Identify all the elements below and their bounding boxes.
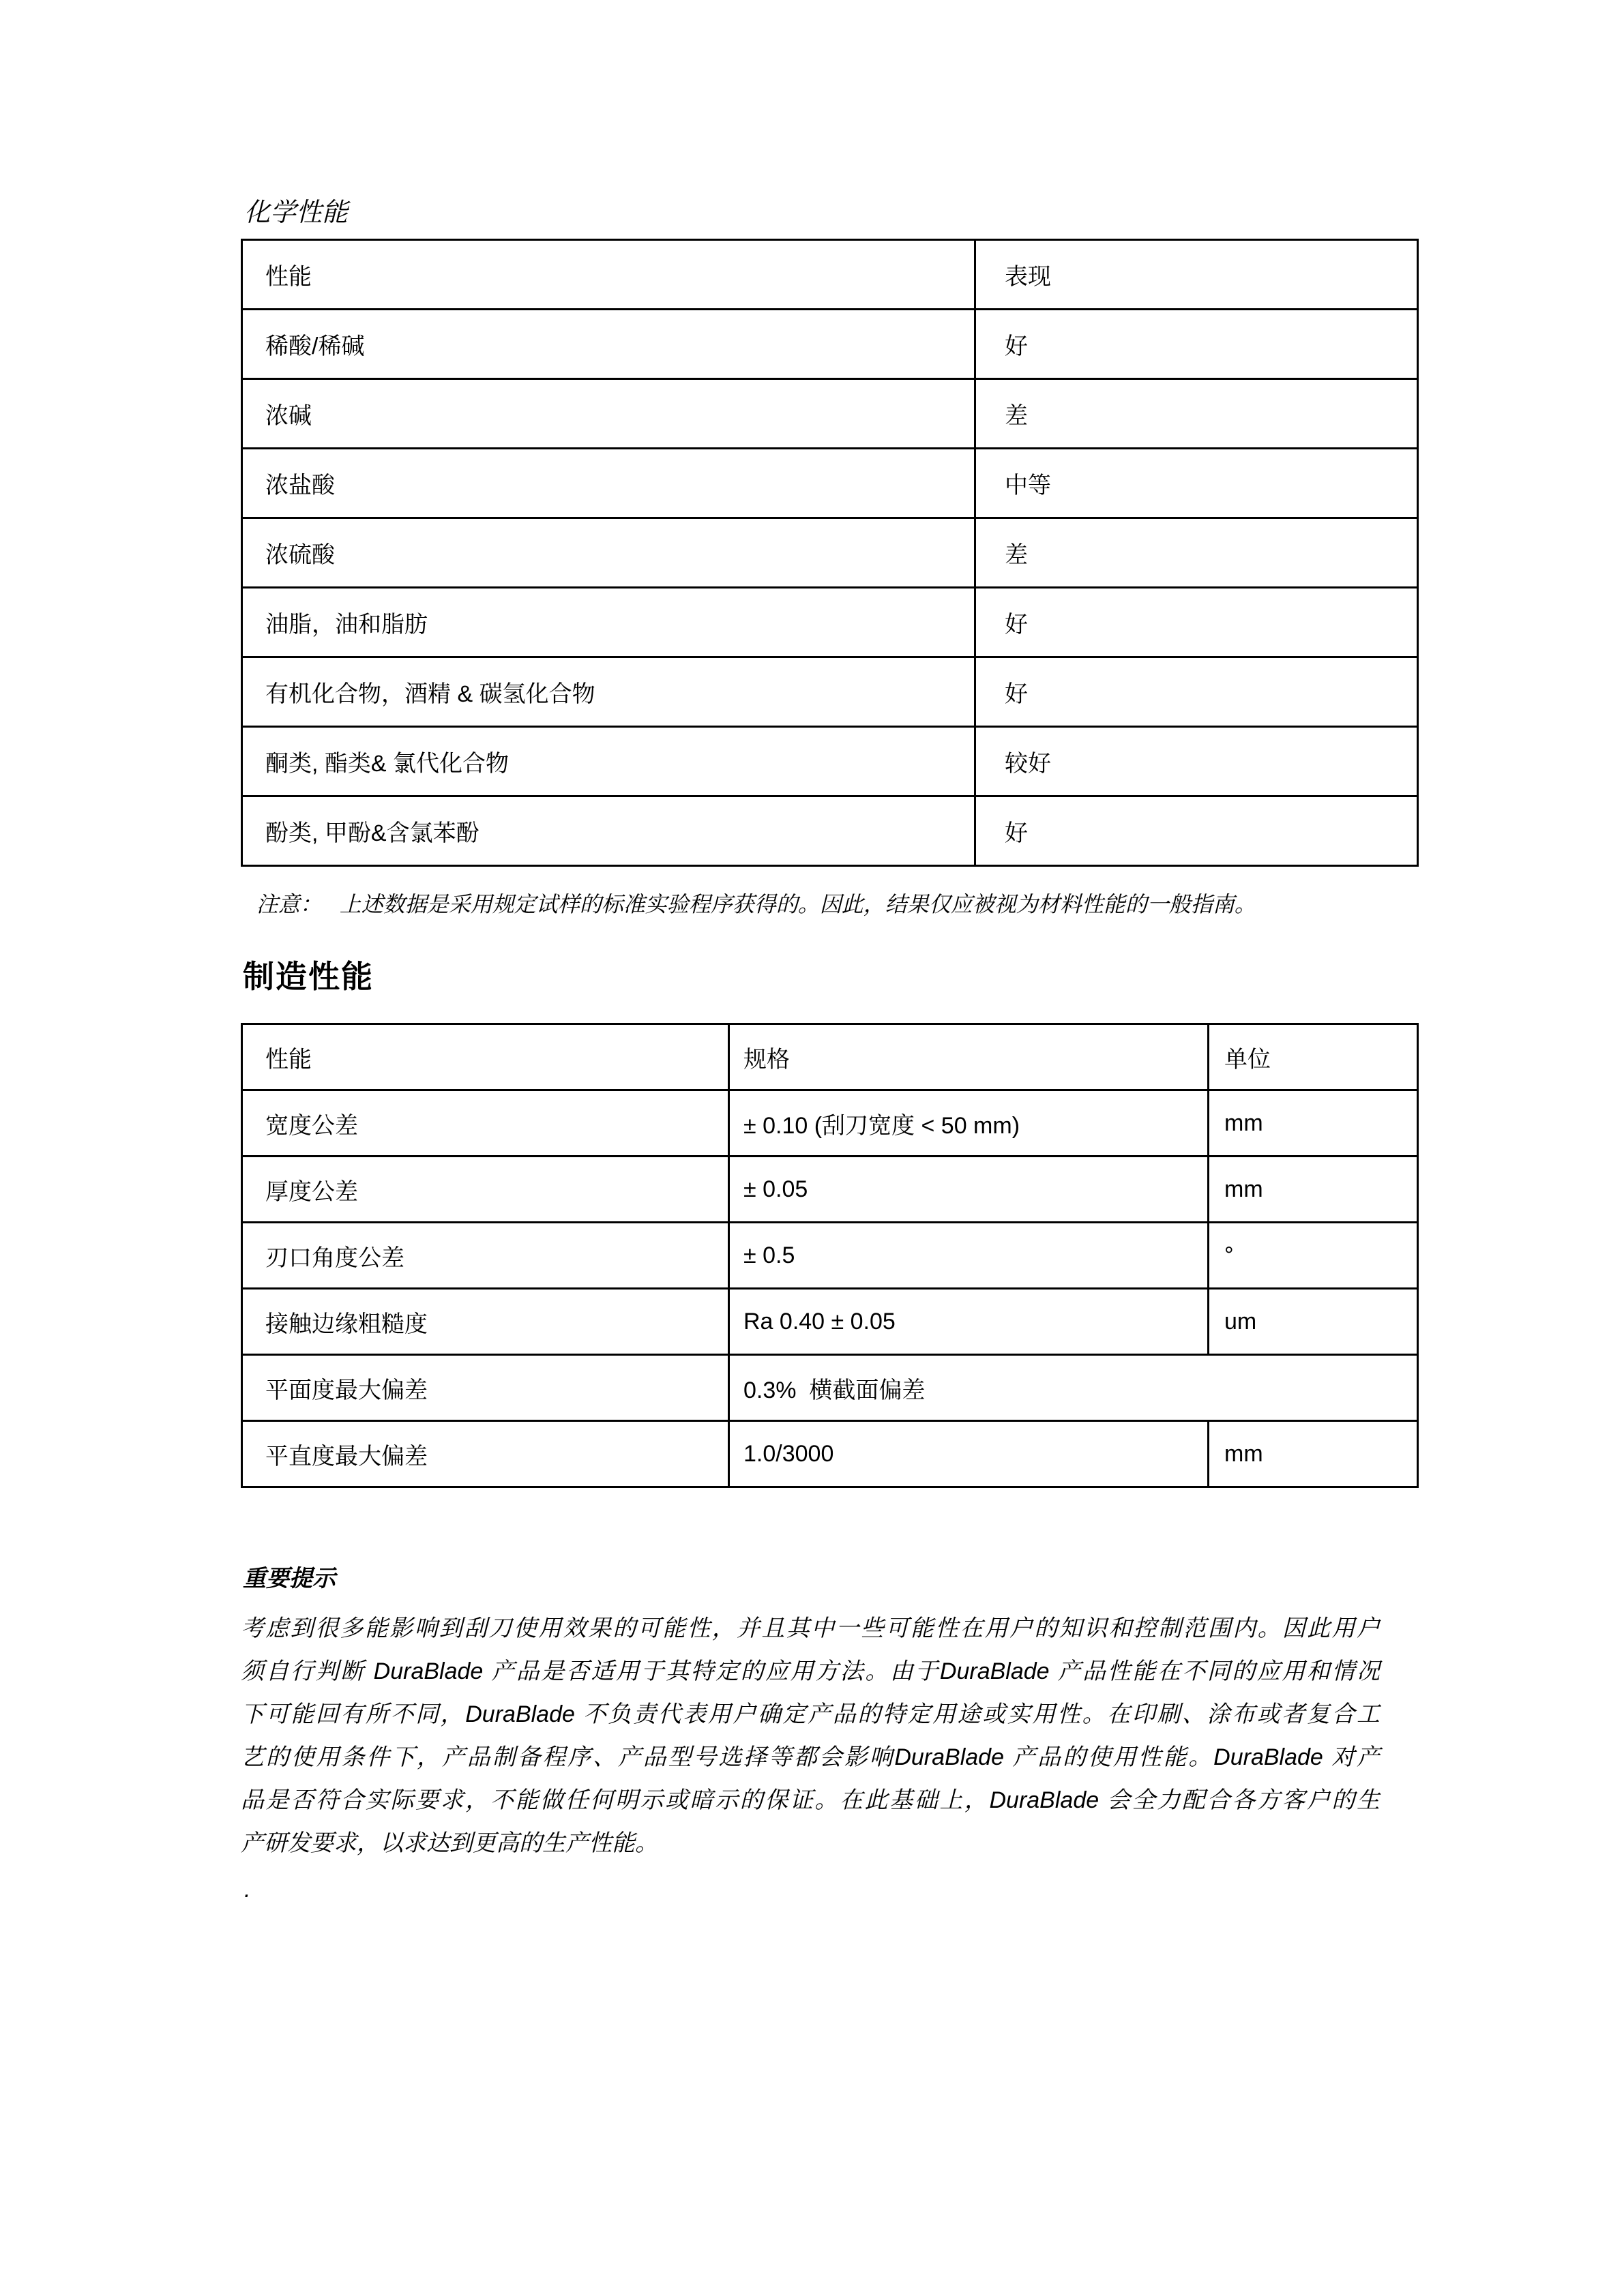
property-cell: 油脂，油和脂肪 [242, 588, 975, 657]
table-row: 酚类, 甲酚&含氯苯酚 好 [242, 796, 1418, 866]
property-cell: 宽度公差 [242, 1090, 729, 1157]
spec-cell: ± 0.10 (刮刀宽度 < 50 mm) [729, 1090, 1209, 1157]
table-row: 油脂，油和脂肪 好 [242, 588, 1418, 657]
property-cell: 稀酸/稀碱 [242, 310, 975, 379]
spec-cell: Ra 0.40 ± 0.05 [729, 1289, 1209, 1355]
chemical-properties-table: 性能 表现 稀酸/稀碱 好 浓碱 差 浓盐酸 中等 浓硫酸 差 油脂，油和脂肪 … [241, 239, 1419, 867]
important-notice-paragraph: 考虑到很多能影响到刮刀使用效果的可能性，并且其中一些可能性在用户的知识和控制范围… [241, 1607, 1380, 1865]
manufacturing-properties-heading: 制造性能 [243, 953, 374, 1000]
chemical-properties-heading: 化学性能 [244, 195, 348, 230]
property-cell: 酮类, 酯类& 氯代化合物 [242, 727, 975, 796]
notice-line: 下可能回有所不同，DuraBlade 不负责代表用户确定产品的特定用途或实用性。… [241, 1693, 1380, 1736]
column-header-property: 性能 [242, 1024, 729, 1090]
table-row: 平面度最大偏差 0.3% 横截面偏差 [242, 1355, 1418, 1421]
performance-cell: 较好 [975, 727, 1418, 796]
unit-cell: mm [1209, 1090, 1418, 1157]
performance-cell: 好 [975, 310, 1418, 379]
table-note-label: 注意： [256, 892, 322, 916]
property-cell: 刃口角度公差 [242, 1223, 729, 1289]
column-header-unit: 单位 [1209, 1024, 1418, 1090]
performance-cell: 好 [975, 796, 1418, 866]
column-header-performance: 表现 [975, 240, 1418, 310]
property-cell: 有机化合物，酒精 & 碳氢化合物 [242, 657, 975, 727]
unit-cell: um [1209, 1289, 1418, 1355]
property-cell: 酚类, 甲酚&含氯苯酚 [242, 796, 975, 866]
table-row: 平直度最大偏差 1.0/3000 mm [242, 1421, 1418, 1487]
column-header-spec: 规格 [729, 1024, 1209, 1090]
performance-cell: 中等 [975, 449, 1418, 518]
column-header-property: 性能 [242, 240, 975, 310]
unit-cell: mm [1209, 1157, 1418, 1223]
table-note-text: 上述数据是采用规定试样的标准实验程序获得的。因此，结果仅应被视为材料性能的一般指… [340, 892, 1256, 916]
property-cell: 平面度最大偏差 [242, 1355, 729, 1421]
trailing-period: . [244, 1868, 250, 1911]
table-row: 稀酸/稀碱 好 [242, 310, 1418, 379]
performance-cell: 好 [975, 588, 1418, 657]
unit-cell: mm [1209, 1421, 1418, 1487]
table-row: 接触边缘粗糙度 Ra 0.40 ± 0.05 um [242, 1289, 1418, 1355]
table-row: 浓盐酸 中等 [242, 449, 1418, 518]
table-row: 酮类, 酯类& 氯代化合物 较好 [242, 727, 1418, 796]
notice-line: 品是否符合实际要求，不能做任何明示或暗示的保证。在此基础上，DuraBlade … [241, 1779, 1380, 1822]
table-row: 刃口角度公差 ± 0.5 ° [242, 1223, 1418, 1289]
table-row: 厚度公差 ± 0.05 mm [242, 1157, 1418, 1223]
table-row: 有机化合物，酒精 & 碳氢化合物 好 [242, 657, 1418, 727]
notice-line: 须自行判断 DuraBlade 产品是否适用于其特定的应用方法。由于DuraBl… [241, 1650, 1380, 1693]
property-cell: 厚度公差 [242, 1157, 729, 1223]
property-cell: 浓硫酸 [242, 518, 975, 588]
table-header-row: 性能 表现 [242, 240, 1418, 310]
property-cell: 浓盐酸 [242, 449, 975, 518]
document-page: { "colors": { "background": "#ffffff", "… [0, 0, 1624, 2296]
table-row: 浓硫酸 差 [242, 518, 1418, 588]
performance-cell: 差 [975, 379, 1418, 449]
property-cell: 接触边缘粗糙度 [242, 1289, 729, 1355]
spec-cell: ± 0.05 [729, 1157, 1209, 1223]
manufacturing-properties-table: 性能 规格 单位 宽度公差 ± 0.10 (刮刀宽度 < 50 mm) mm 厚… [241, 1023, 1419, 1488]
table-row: 宽度公差 ± 0.10 (刮刀宽度 < 50 mm) mm [242, 1090, 1418, 1157]
spec-cell: 1.0/3000 [729, 1421, 1209, 1487]
notice-line: 考虑到很多能影响到刮刀使用效果的可能性，并且其中一些可能性在用户的知识和控制范围… [241, 1607, 1380, 1650]
spec-cell: ± 0.5 [729, 1223, 1209, 1289]
important-notice-heading: 重要提示 [243, 1562, 336, 1596]
spec-cell-merged: 0.3% 横截面偏差 [729, 1355, 1418, 1421]
notice-line: 艺的使用条件下，产品制备程序、产品型号选择等都会影响DuraBlade 产品的使… [241, 1736, 1380, 1779]
unit-cell: ° [1209, 1223, 1418, 1289]
notice-line: 产研发要求，以求达到更高的生产性能。 [241, 1822, 1380, 1865]
property-cell: 平直度最大偏差 [242, 1421, 729, 1487]
performance-cell: 好 [975, 657, 1418, 727]
performance-cell: 差 [975, 518, 1418, 588]
table-note: 注意：上述数据是采用规定试样的标准实验程序获得的。因此，结果仅应被视为材料性能的… [244, 859, 1256, 919]
table-header-row: 性能 规格 单位 [242, 1024, 1418, 1090]
property-cell: 浓碱 [242, 379, 975, 449]
table-row: 浓碱 差 [242, 379, 1418, 449]
